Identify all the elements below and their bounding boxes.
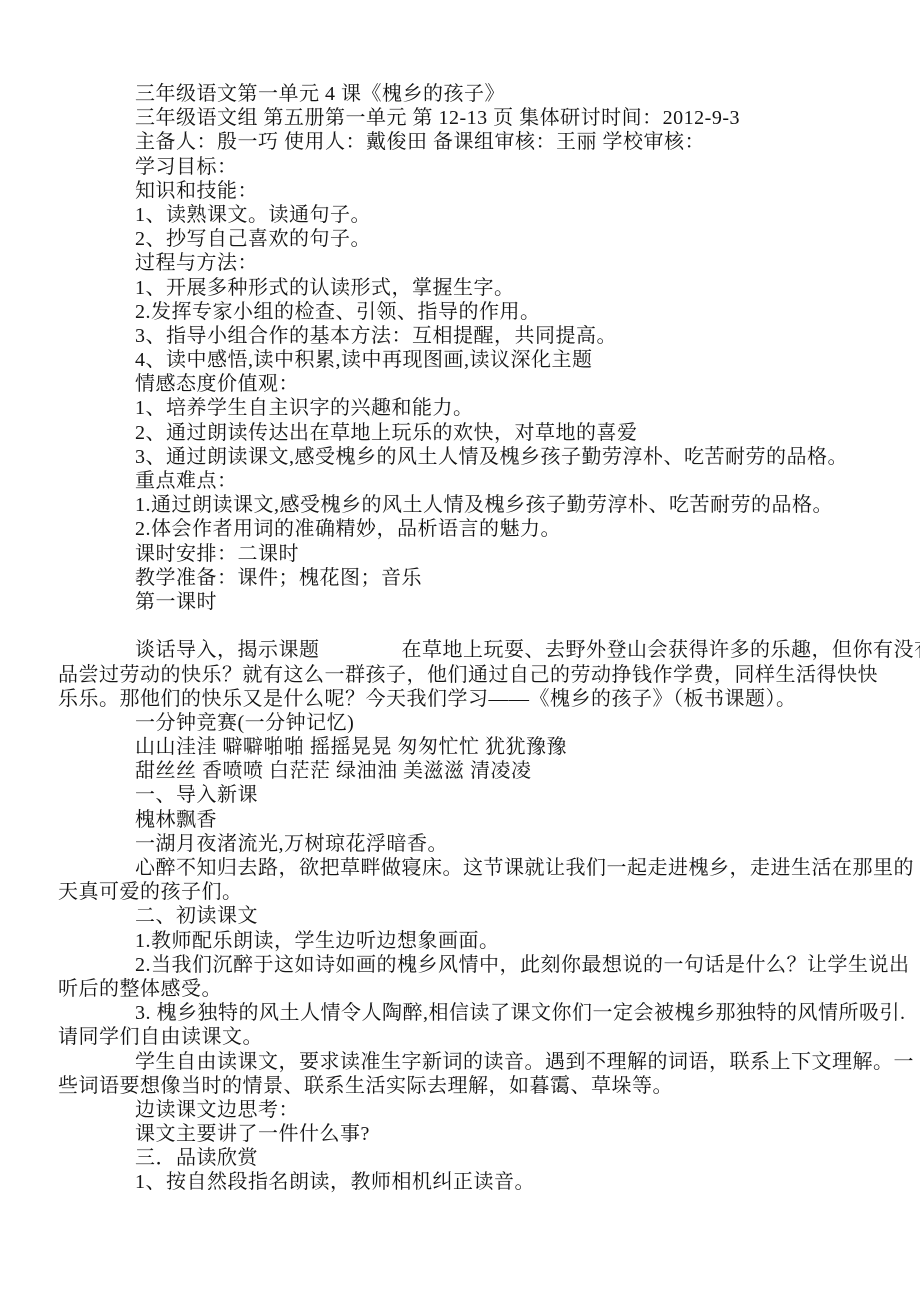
text-line: 槐林飘香 [58, 808, 868, 832]
text-line: 1、开展多种形式的认读形式，掌握生字。 [58, 276, 868, 300]
text-line: 三．品读欣赏 [58, 1146, 868, 1170]
text-line: 1、按自然段指名朗读，教师相机纠正读音。 [58, 1170, 868, 1194]
text-line: 3、通过朗读课文,感受槐乡的风土人情及槐乡孩子勤劳淳朴、吃苦耐劳的品格。 [58, 445, 868, 469]
text-line: 2.体会作者用词的准确精妙，品析语言的魅力。 [58, 517, 868, 541]
text-line: 1、培养学生自主识字的兴趣和能力。 [58, 396, 868, 420]
text-line: 课时安排：二课时 [58, 542, 868, 566]
text-line: 些词语要想像当时的情景、联系生活实际去理解，如暮霭、草垛等。 [58, 1074, 868, 1098]
text-line: 一分钟竞赛(一分钟记忆) [58, 711, 868, 735]
text-line: 重点难点： [58, 469, 868, 493]
text-line: 2.当我们沉醉于这如诗如画的槐乡风情中，此刻你最想说的一句话是什么？让学生说出 [58, 953, 868, 977]
text-line: 三年级语文第一单元 4 课《槐乡的孩子》 [58, 82, 868, 106]
document-page: 三年级语文第一单元 4 课《槐乡的孩子》三年级语文组 第五册第一单元 第 12-… [0, 0, 920, 1302]
text-line: 知识和技能： [58, 179, 868, 203]
text-line: 谈话导入，揭示课题 在草地上玩耍、去野外登山会获得许多的乐趣，但你有没有 [58, 638, 868, 662]
text-line: 听后的整体感受。 [58, 977, 868, 1001]
text-line: 二、初读课文 [58, 904, 868, 928]
text-line: 教学准备：课件；槐花图；音乐 [58, 566, 868, 590]
text-line: 第一课时 [58, 590, 868, 614]
text-line: 1.通过朗读课文,感受槐乡的风土人情及槐乡孩子勤劳淳朴、吃苦耐劳的品格。 [58, 493, 868, 517]
text-line: 一湖月夜渚流光,万树琼花浮暗香。 [58, 832, 868, 856]
text-line: 天真可爱的孩子们。 [58, 880, 868, 904]
text-line: 品尝过劳动的快乐？就有这么一群孩子，他们通过自己的劳动挣钱作学费，同样生活得快快 [58, 663, 868, 687]
blank-line [58, 614, 868, 638]
text-line: 甜丝丝 香喷喷 白茫茫 绿油油 美滋滋 清凌凌 [58, 759, 868, 783]
text-line: 一、导入新课 [58, 783, 868, 807]
text-line: 1.教师配乐朗读，学生边听边想象画面。 [58, 929, 868, 953]
text-line: 3、指导小组合作的基本方法：互相提醒，共同提高。 [58, 324, 868, 348]
document-body: 三年级语文第一单元 4 课《槐乡的孩子》三年级语文组 第五册第一单元 第 12-… [58, 82, 868, 1195]
text-line: 情感态度价值观： [58, 372, 868, 396]
text-line: 乐乐。那他们的快乐又是什么呢？今天我们学习——《槐乡的孩子》（板书课题）。 [58, 687, 868, 711]
text-line: 4、读中感悟,读中积累,读中再现图画,读议深化主题 [58, 348, 868, 372]
text-line: 过程与方法： [58, 251, 868, 275]
text-line: 学生自由读课文，要求读准生字新词的读音。遇到不理解的词语，联系上下文理解。一 [58, 1050, 868, 1074]
text-line: 心醉不知归去路，欲把草畔做寝床。这节课就让我们一起走进槐乡，走进生活在那里的 [58, 856, 868, 880]
text-line: 请同学们自由读课文。 [58, 1025, 868, 1049]
text-line: 学习目标： [58, 155, 868, 179]
text-line: 山山洼洼 噼噼啪啪 摇摇晃晃 匆匆忙忙 犹犹豫豫 [58, 735, 868, 759]
text-line: 三年级语文组 第五册第一单元 第 12-13 页 集体研讨时间：2012-9-3 [58, 106, 868, 130]
text-line: 2.发挥专家小组的检查、引领、指导的作用。 [58, 300, 868, 324]
text-line: 2、通过朗读传达出在草地上玩乐的欢快，对草地的喜爱 [58, 421, 868, 445]
text-line: 边读课文边思考： [58, 1098, 868, 1122]
text-line: 主备人：殷一巧 使用人：戴俊田 备课组审核：王丽 学校审核： [58, 130, 868, 154]
text-line: 课文主要讲了一件什么事? [58, 1122, 868, 1146]
text-line: 2、抄写自己喜欢的句子。 [58, 227, 868, 251]
text-line: 1、读熟课文。读通句子。 [58, 203, 868, 227]
text-line: 3. 槐乡独特的风土人情令人陶醉,相信读了课文你们一定会被槐乡那独特的风情所吸引… [58, 1001, 868, 1025]
